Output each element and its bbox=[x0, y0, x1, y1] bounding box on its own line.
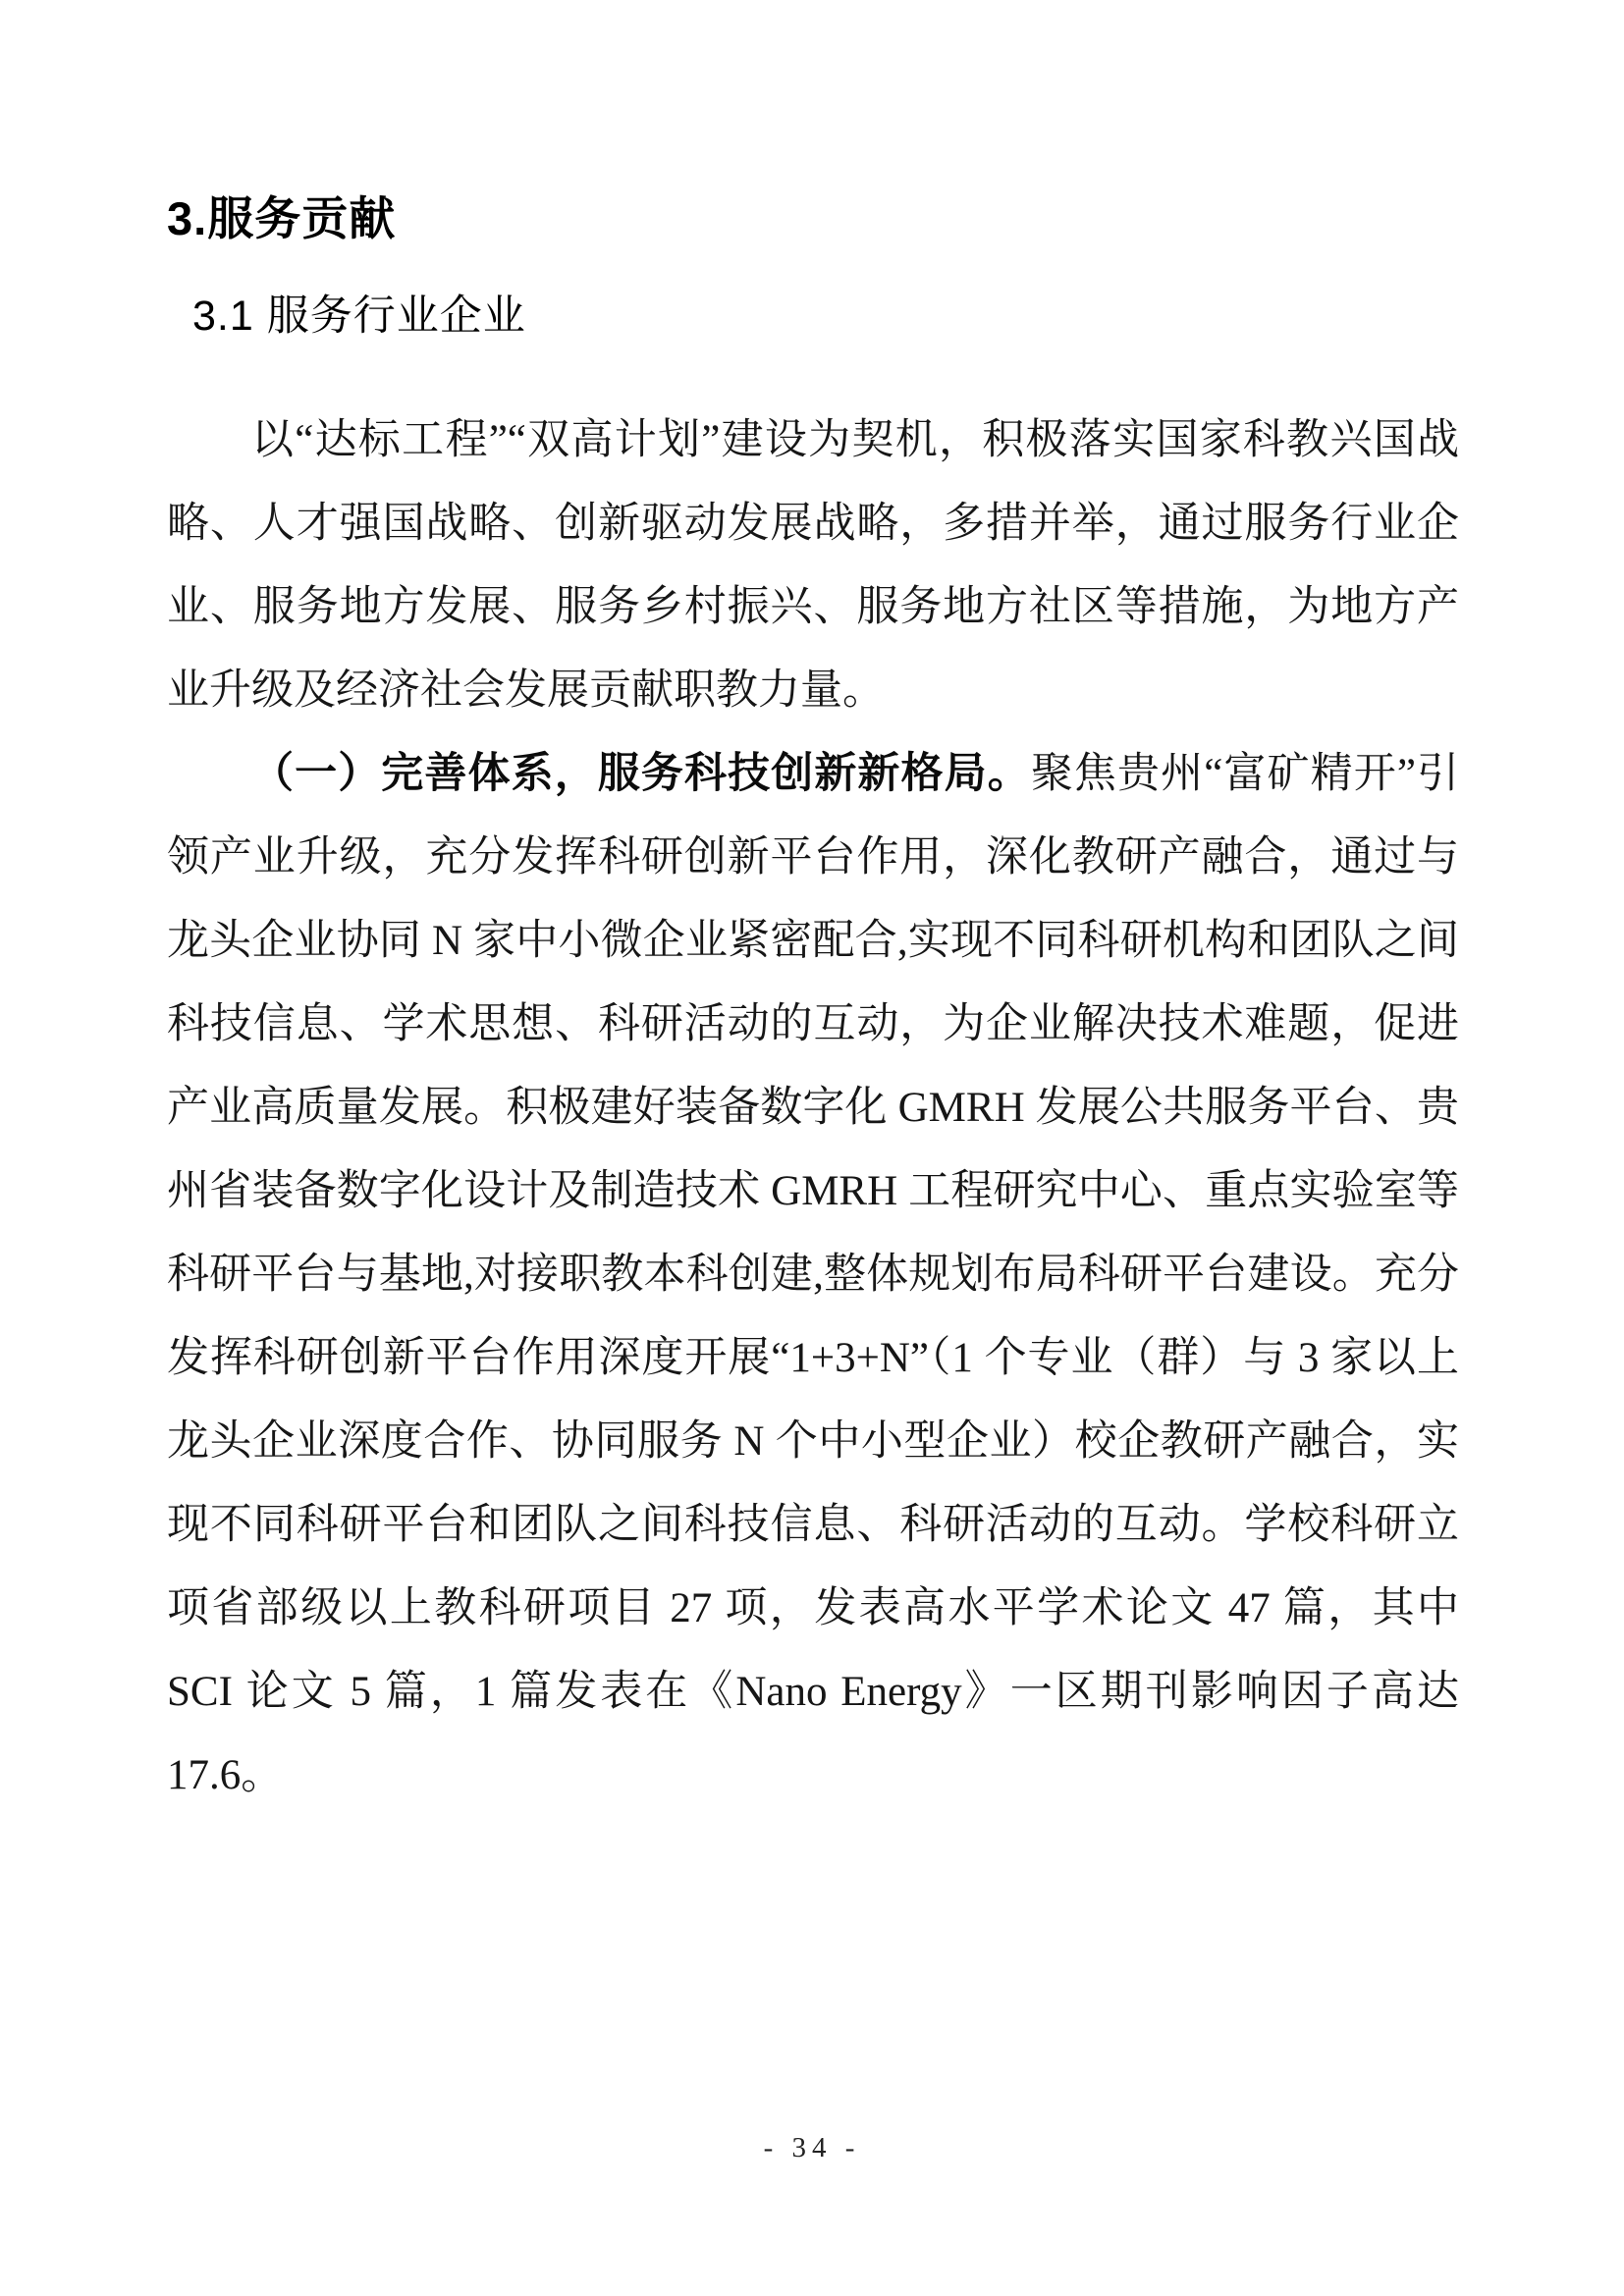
paragraph-intro: 以“达标工程”“双高计划”建设为契机，积极落实国家科教兴国战略、人才强国战略、创… bbox=[167, 399, 1459, 732]
page-footer: - 34 - bbox=[0, 2132, 1624, 2164]
paragraph-item-one-lead: （一）完善体系，服务科技创新新格局。 bbox=[251, 751, 1031, 797]
document-page: 3.服务贡献 3.1 服务行业企业 以“达标工程”“双高计划”建设为契机，积极落… bbox=[0, 0, 1624, 2296]
section-heading: 3.服务贡献 bbox=[167, 188, 1459, 249]
paragraph-item-one: （一）完善体系，服务科技创新新格局。聚焦贵州“富矿精开”引领产业升级，充分发挥科… bbox=[167, 732, 1459, 1817]
paragraph-item-one-body: 聚焦贵州“富矿精开”引领产业升级，充分发挥科研创新平台作用，深化教研产融合，通过… bbox=[167, 751, 1459, 1798]
page-number: - 34 - bbox=[764, 2132, 861, 2163]
subsection-heading: 3.1 服务行业企业 bbox=[192, 289, 1459, 344]
page-content: 3.服务贡献 3.1 服务行业企业 以“达标工程”“双高计划”建设为契机，积极落… bbox=[167, 188, 1459, 1817]
